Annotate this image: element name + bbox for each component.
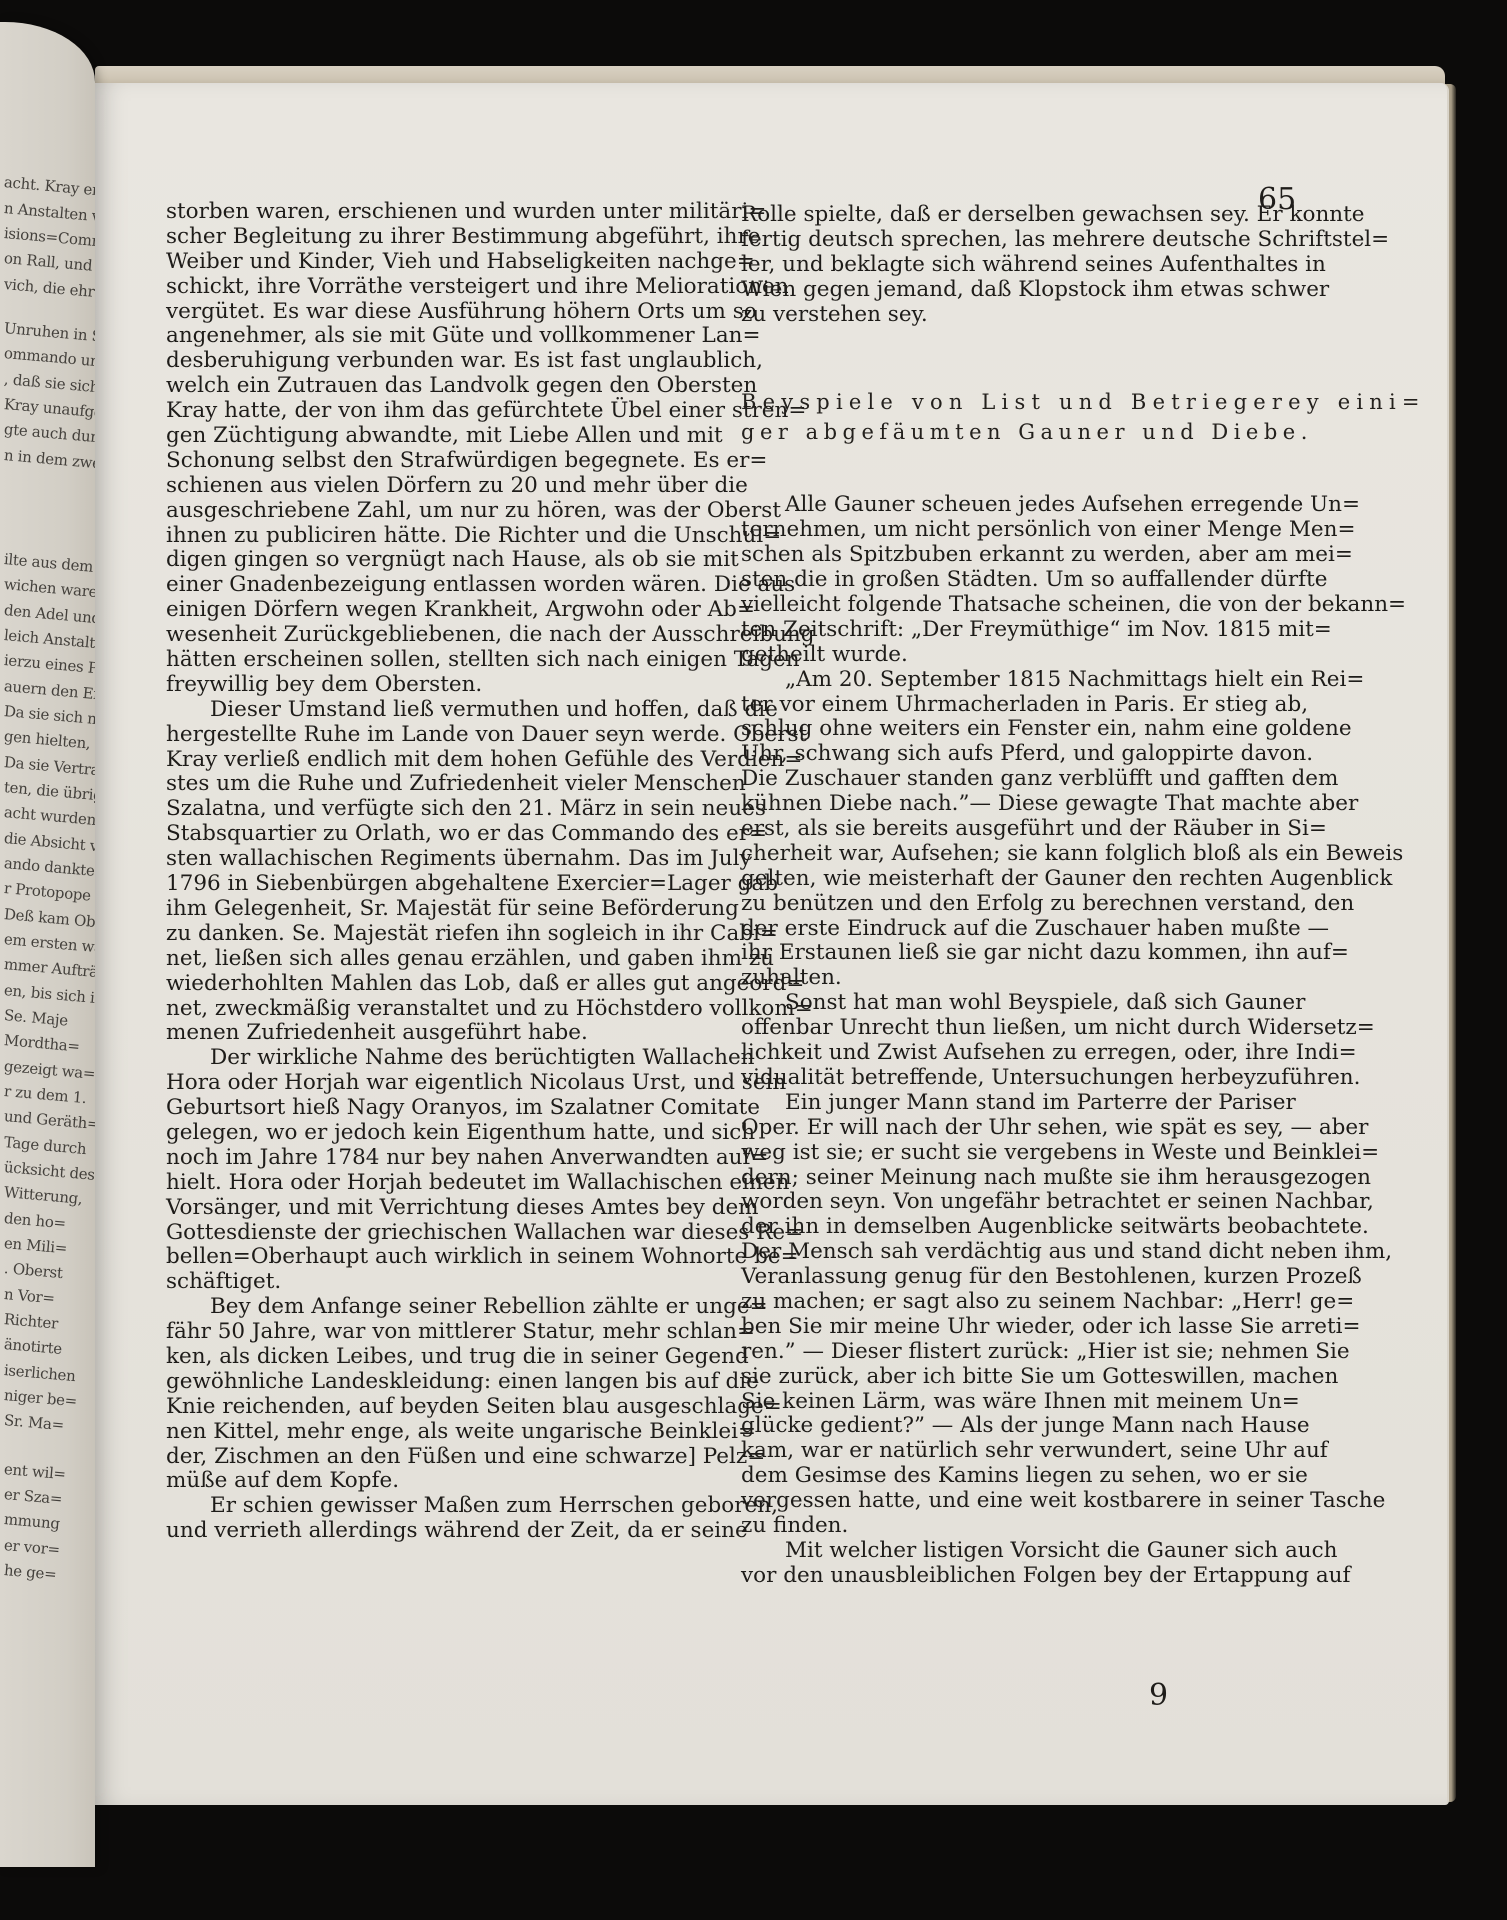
- text-line: worden seyn. Von ungefähr betrachtet er …: [741, 1190, 1294, 1215]
- verso-text-fragment: er Sza=: [3, 1485, 95, 1513]
- verso-text-fragment: gezeigt wa=: [3, 1057, 95, 1085]
- text-line: Die Zuschauer standen ganz verblüfft und…: [741, 767, 1294, 792]
- text-line: einigen Dörfern wegen Krankheit, Argwohn…: [166, 598, 721, 623]
- verso-text-fragment: em ersten wal=: [3, 930, 95, 958]
- text-line: gelegen, wo er jedoch kein Eigenthum hat…: [166, 1121, 721, 1146]
- verso-text-fragment: ando dankte im: [3, 854, 95, 882]
- text-line: ausgeschriebene Zahl, um nur zu hören, w…: [166, 499, 721, 524]
- text-line: Oper. Er will nach der Uhr sehen, wie sp…: [741, 1116, 1294, 1141]
- verso-text-fragment: on Rall, und von de: [3, 249, 95, 277]
- verso-text-fragment: Sr. Ma=: [3, 1411, 95, 1439]
- verso-text-fragment: Mordtha=: [3, 1031, 95, 1059]
- text-line: offenbar Unrecht thun ließen, um nicht d…: [741, 1016, 1294, 1041]
- text-line: vergessen hatte, und eine weit kostbarer…: [741, 1489, 1294, 1514]
- text-line: Uhr, schwang sich aufs Pferd, und galopp…: [741, 742, 1294, 767]
- text-line: hielt. Hora oder Horjah bedeutet im Wall…: [166, 1171, 721, 1196]
- text-line: menen Zufriedenheit ausgeführt habe.: [166, 1021, 721, 1046]
- verso-text-fragment: iserlichen: [3, 1361, 95, 1389]
- text-line: Der wirkliche Nahme des berüchtigten Wal…: [166, 1046, 721, 1071]
- text-line: „Am 20. September 1815 Nachmittags hielt…: [741, 668, 1294, 693]
- verso-text-fragment: Unruhen in Sieben: [3, 319, 95, 347]
- section-gap: [741, 447, 1294, 493]
- verso-text-fragment: mmung: [3, 1510, 95, 1538]
- verso-text-fragment: Witterung,: [3, 1183, 95, 1211]
- text-line: digen gingen so vergnügt nach Hause, als…: [166, 548, 721, 573]
- verso-text-fragment: auern den Entw: [3, 677, 95, 705]
- verso-text-fragment: n Vor=: [3, 1285, 95, 1313]
- text-line: sie zurück, aber ich bitte Sie um Gottes…: [741, 1365, 1294, 1390]
- text-line: weg ist sie; er sucht sie vergebens in W…: [741, 1141, 1294, 1166]
- text-line: schäftiget.: [166, 1270, 721, 1295]
- verso-text-fragment: Richter: [3, 1310, 95, 1338]
- text-line: vergütet. Es war diese Ausführung höhern…: [166, 300, 721, 325]
- text-line: ben Sie mir meine Uhr wieder, oder ich l…: [741, 1315, 1294, 1340]
- text-line: welch ein Zutrauen das Landvolk gegen de…: [166, 374, 721, 399]
- verso-text-fragment: gte auch durch s: [3, 420, 95, 448]
- text-line: Geburtsort hieß Nagy Oranyos, im Szalatn…: [166, 1096, 721, 1121]
- text-line: kam, war er natürlich sehr verwundert, s…: [741, 1439, 1294, 1464]
- text-line: Veranlassung genug für den Bestohlenen, …: [741, 1265, 1294, 1290]
- text-line: glücke gedient?” — Als der junge Mann na…: [741, 1414, 1294, 1439]
- left-text-column: storben waren, erschienen und wurden unt…: [166, 200, 721, 1544]
- verso-text-fragment: leich Anstalten z: [3, 626, 95, 654]
- text-line: bellen=Oberhaupt auch wirklich in seinem…: [166, 1245, 721, 1270]
- verso-text-fragment: Tage durch: [3, 1133, 95, 1161]
- verso-text-fragment: Deß kam Oberst: [3, 905, 95, 933]
- text-line: ken, als dicken Leibes, und trug die in …: [166, 1345, 721, 1370]
- verso-text-fragment: den ho=: [3, 1209, 95, 1237]
- text-line: zu machen; er sagt also zu seinem Nachba…: [741, 1290, 1294, 1315]
- text-line: hergestellte Ruhe im Lande von Dauer sey…: [166, 723, 721, 748]
- text-line: desberuhigung verbunden war. Es ist fast…: [166, 349, 721, 374]
- verso-text-fragment: und Geräth=: [3, 1107, 95, 1135]
- text-line: scher Begleitung zu ihrer Bestimmung abg…: [166, 225, 721, 250]
- text-line: net, ließen sich alles genau erzählen, u…: [166, 947, 721, 972]
- text-line: ren.” — Dieser flistert zurück: „Hier is…: [741, 1340, 1294, 1365]
- verso-text-fragment: acht wurden: b: [3, 803, 95, 831]
- verso-text-fragment: acht. Kray erhielt m: [3, 173, 95, 201]
- text-line: ternehmen, um nicht persönlich von einer…: [741, 518, 1294, 543]
- text-line: lichkeit und Zwist Aufsehen zu erregen, …: [741, 1041, 1294, 1066]
- section-body: Alle Gauner scheuen jedes Aufsehen erreg…: [741, 493, 1294, 1588]
- section-heading-line-2: ger abgefäumten Gauner und Diebe.: [741, 417, 1294, 447]
- verso-text-fragment: Da sie sich nun a: [3, 702, 95, 730]
- text-line: sten wallachischen Regiments übernahm. D…: [166, 847, 721, 872]
- verso-page-curl: acht. Kray erhielt mn Anstalten vom Feis…: [0, 22, 95, 1867]
- text-line: Er schien gewisser Maßen zum Herrschen g…: [166, 1494, 721, 1519]
- verso-text-fragment: . Oberst: [3, 1259, 95, 1287]
- verso-text-fragment: r Protopope er: [3, 879, 95, 907]
- verso-text-fragment: änotirte: [3, 1335, 95, 1363]
- text-line: einer Gnadenbezeigung entlassen worden w…: [166, 573, 721, 598]
- text-line: noch im Jahre 1784 nur bey nahen Anverwa…: [166, 1146, 721, 1171]
- text-line: Ein junger Mann stand im Parterre der Pa…: [741, 1091, 1294, 1116]
- verso-text-fragment: vich, die ehrenvolle: [3, 275, 95, 303]
- text-line: der erste Eindruck auf die Zuschauer hab…: [741, 917, 1294, 942]
- text-line: gewöhnliche Landeskleidung: einen langen…: [166, 1370, 721, 1395]
- text-line: ihr Erstaunen ließ sie gar nicht dazu ko…: [741, 941, 1294, 966]
- text-line: Schonung selbst den Strafwürdigen begegn…: [166, 449, 721, 474]
- text-line: ler, und beklagte sich während seines Au…: [741, 253, 1294, 278]
- text-line: hätten erscheinen sollen, stellten sich …: [166, 648, 721, 673]
- text-line: stes um die Ruhe und Zufriedenheit viele…: [166, 772, 721, 797]
- text-line: ten Zeitschrift: „Der Freymüthige“ im No…: [741, 618, 1294, 643]
- text-line: Bey dem Anfange seiner Rebellion zählte …: [166, 1295, 721, 1320]
- text-line: ihm Gelegenheit, Sr. Majestät für seine …: [166, 897, 721, 922]
- text-line: Knie reichenden, auf beyden Seiten blau …: [166, 1395, 721, 1420]
- verso-text-fragment: he ge=: [3, 1561, 95, 1589]
- verso-text-fragment: Se. Maje: [3, 1006, 95, 1034]
- text-line: erst, als sie bereits ausgeführt und der…: [741, 817, 1294, 842]
- text-line: Dieser Umstand ließ vermuthen und hoffen…: [166, 698, 721, 723]
- text-line: Vorsänger, und mit Verrichtung dieses Am…: [166, 1196, 721, 1221]
- signature-mark: 9: [1149, 1678, 1168, 1713]
- text-line: dern; seiner Meinung nach mußte sie ihm …: [741, 1166, 1294, 1191]
- text-line: fähr 50 Jahre, war von mittlerer Statur,…: [166, 1320, 721, 1345]
- text-line: zu danken. Se. Majestät riefen ihn sogle…: [166, 922, 721, 947]
- verso-text-fragment: den Adel und das: [3, 601, 95, 629]
- text-line: schickt, ihre Vorräthe versteigert und i…: [166, 275, 721, 300]
- text-line: wiederhohlten Mahlen das Lob, daß er all…: [166, 972, 721, 997]
- text-line: Sonst hat man wohl Beyspiele, daß sich G…: [741, 991, 1294, 1016]
- text-line: fertig deutsch sprechen, las mehrere deu…: [741, 228, 1294, 253]
- text-line: Gottesdienste der griechischen Wallachen…: [166, 1221, 721, 1246]
- verso-text-fragment: n Anstalten vom Fe: [3, 199, 95, 227]
- text-line: sten die in großen Städten. Um so auffal…: [741, 568, 1294, 593]
- text-line: cherheit war, Aufsehen; sie kann folglic…: [741, 842, 1294, 867]
- verso-text-fragment: , daß sie sich ihr: [3, 370, 95, 398]
- text-line: Szalatna, und verfügte sich den 21. März…: [166, 797, 721, 822]
- text-line: Kray verließ endlich mit dem hohen Gefüh…: [166, 748, 721, 773]
- text-line: wesenheit Zurückgebliebenen, die nach de…: [166, 623, 721, 648]
- section-gap: [741, 327, 1294, 387]
- verso-text-fragment: ommando und de: [3, 344, 95, 372]
- text-line: Wien gegen jemand, daß Klopstock ihm etw…: [741, 278, 1294, 303]
- verso-text-fragment: ilte aus dem G: [3, 550, 95, 578]
- text-line: schen als Spitzbuben erkannt zu werden, …: [741, 543, 1294, 568]
- verso-text-fragment: niger be=: [3, 1386, 95, 1414]
- continued-paragraph: Rolle spielte, daß er derselben gewachse…: [741, 203, 1294, 327]
- text-line: ihnen zu publiciren hätte. Die Richter u…: [166, 524, 721, 549]
- text-line: schlug ohne weiters ein Fenster ein, nah…: [741, 717, 1294, 742]
- text-line: schienen aus vielen Dörfern zu 20 und me…: [166, 474, 721, 499]
- right-text-column: Rolle spielte, daß er derselben gewachse…: [741, 203, 1294, 1589]
- text-line: Der Mensch sah verdächtig aus und stand …: [741, 1240, 1294, 1265]
- verso-text-fragment: en Mili=: [3, 1234, 95, 1262]
- text-line: gelten, wie meisterhaft der Gauner den r…: [741, 867, 1294, 892]
- verso-text-fragment: gen hielten, un: [3, 727, 95, 755]
- text-line: müße auf dem Kopfe.: [166, 1469, 721, 1494]
- text-line: angenehmer, als sie mit Güte und vollkom…: [166, 324, 721, 349]
- text-line: der ihn in demselben Augenblicke seitwär…: [741, 1215, 1294, 1240]
- text-line: ter vor einem Uhrmacherladen in Paris. E…: [741, 693, 1294, 718]
- verso-text-fragment: mmer Aufträge: [3, 955, 95, 983]
- text-line: storben waren, erschienen und wurden unt…: [166, 200, 721, 225]
- text-line: kühnen Diebe nach.”— Diese gewagte That …: [741, 792, 1294, 817]
- text-line: Mit welcher listigen Vorsicht die Gauner…: [741, 1539, 1294, 1564]
- text-line: getheilt wurde.: [741, 643, 1294, 668]
- text-line: zu benützen und den Erfolg zu berechnen …: [741, 892, 1294, 917]
- verso-text-fragment: Kray unaufgefo: [3, 395, 95, 423]
- text-line: zu finden.: [741, 1514, 1294, 1539]
- text-line: Rolle spielte, daß er derselben gewachse…: [741, 203, 1294, 228]
- text-line: der, Zischmen an den Füßen und eine schw…: [166, 1445, 721, 1470]
- text-line: freywillig bey dem Obersten.: [166, 673, 721, 698]
- text-line: vor den unausbleiblichen Folgen bey der …: [741, 1564, 1294, 1589]
- verso-text-fragment: Da sie Vertrauen: [3, 753, 95, 781]
- verso-text-fragment: r zu dem 1.: [3, 1082, 95, 1110]
- verso-text-fragment: en, bis sich im: [3, 981, 95, 1009]
- text-line: und verrieth allerdings während der Zeit…: [166, 1519, 721, 1544]
- verso-text-fragment: ierzu eines Proto: [3, 651, 95, 679]
- text-line: Alle Gauner scheuen jedes Aufsehen erreg…: [741, 493, 1294, 518]
- text-line: Kray hatte, der von ihm das gefürchtete …: [166, 399, 721, 424]
- text-line: dem Gesimse des Kamins liegen zu sehen, …: [741, 1464, 1294, 1489]
- verso-text-fragment: er vor=: [3, 1536, 95, 1564]
- verso-text-fragment: ücksicht des: [3, 1158, 95, 1186]
- text-line: Weiber und Kinder, Vieh und Habseligkeit…: [166, 250, 721, 275]
- text-line: vielleicht folgende Thatsache scheinen, …: [741, 593, 1294, 618]
- verso-text-fragment: n in dem zweyte: [3, 446, 95, 474]
- text-line: zu verstehen sey.: [741, 303, 1294, 328]
- section-heading: Beyspiele von List und Betriegerey eini=…: [741, 387, 1294, 447]
- section-heading-line-1: Beyspiele von List und Betriegerey eini=: [741, 387, 1294, 417]
- verso-text-fragment: ten, die übrigen: [3, 778, 95, 806]
- text-line: nen Kittel, mehr enge, als weite ungaris…: [166, 1420, 721, 1445]
- text-line: Hora oder Horjah war eigentlich Nicolaus…: [166, 1071, 721, 1096]
- verso-text-fragment: ent wil=: [3, 1460, 95, 1488]
- verso-text-fragment: wichen waren, s: [3, 575, 95, 603]
- text-line: Stabsquartier zu Orlath, wo er das Comma…: [166, 822, 721, 847]
- text-line: gen Züchtigung abwandte, mit Liebe Allen…: [166, 424, 721, 449]
- text-line: vidualität betreffende, Untersuchungen h…: [741, 1066, 1294, 1091]
- text-line: Sie keinen Lärm, was wäre Ihnen mit mein…: [741, 1390, 1294, 1415]
- text-line: zuhalten.: [741, 966, 1294, 991]
- verso-text-fragment: isions=Commandan: [3, 224, 95, 252]
- verso-text-fragment: die Absicht voll: [3, 829, 95, 857]
- text-line: 1796 in Siebenbürgen abgehaltene Exercie…: [166, 872, 721, 897]
- text-line: net, zweckmäßig veranstaltet und zu Höch…: [166, 997, 721, 1022]
